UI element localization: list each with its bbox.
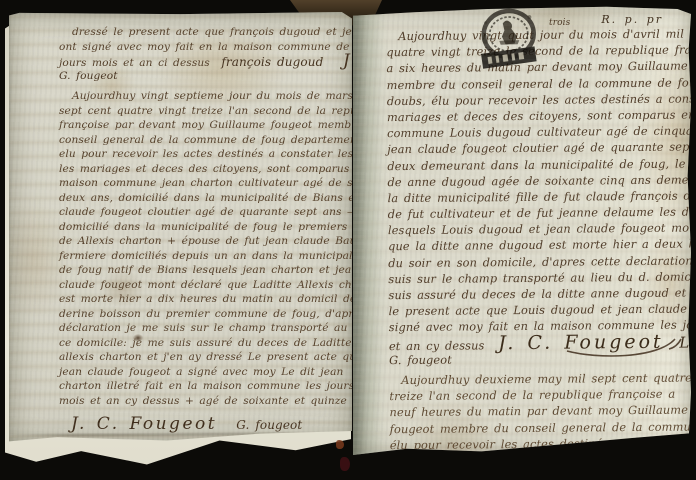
manuscript-line: allexis charton et j'en ay dressé Le pre… — [59, 350, 352, 365]
manuscript-line: déclaration je me suis sur le champ tran… — [59, 321, 352, 336]
manuscript-line: charton illetré fait en la maison commun… — [59, 379, 352, 394]
manuscript-line: jean claude fougeot a signé avec moy Le … — [59, 365, 352, 380]
next-act-opening: Aujourdhuy deuxieme may mil sept cent qu… — [354, 369, 691, 453]
manuscript-lines: Aujourdhuy deuxieme may mil sept cent qu… — [354, 369, 691, 453]
manuscript-lines: dressé le present acte que françois dugo… — [9, 25, 352, 54]
right-page-text: Aujourdhuy vingt quat jour du mois d'avr… — [353, 26, 691, 454]
manuscript-line: françoise par devant moy Guillaume fouge… — [59, 118, 352, 133]
signature-jc-fougeot: J. C. Fougeot — [71, 414, 217, 434]
previous-act-ending: dressé le present acte que françois dugo… — [9, 25, 352, 83]
manuscript-line: claude fougeot cloutier agé de quarante … — [59, 205, 352, 220]
manuscript-line: mois et an cy dessus + agé de soixante e… — [59, 394, 352, 409]
signature-g-fougeot: G. fougeot — [59, 69, 352, 84]
manuscript-line: de Allexis charton + épouse de fut jean … — [59, 234, 352, 249]
left-page: dressé le present acte que françois dugo… — [9, 12, 352, 444]
manuscript-line: jean claude fougeot cloutier agé de quar… — [387, 139, 690, 158]
date-line-text: jours mois et an ci dessus — [59, 57, 210, 69]
manuscript-line: deux ans, domicilié dans la municipalité… — [59, 191, 352, 206]
left-page-text: dressé le present acte que françois dugo… — [9, 25, 352, 436]
binding-mark — [340, 457, 350, 471]
manuscript-line: de foug natif de Bians lesquels jean cha… — [59, 263, 352, 278]
scan-background: dressé le present acte que françois dugo… — [0, 0, 696, 480]
manuscript-line: élu pour recevoir les actes destinés a c… — [390, 434, 691, 453]
manuscript-line: fermiere domiciliés depuis un an dans la… — [59, 249, 352, 264]
page-reference-annotation: R. p. pr — [601, 13, 663, 26]
death-act-dugoud: Aujourdhuy vingt quat jour du mois d'avr… — [353, 26, 691, 369]
signature-g-fougeot: G. fougeot — [236, 418, 302, 432]
manuscript-line: maison commune jean charton cultivateur … — [59, 176, 352, 191]
manuscript-line: est morte hier a dix heures du matin au … — [59, 292, 352, 307]
closing-text: et an cy dessus — [389, 338, 485, 353]
manuscript-line: claude fougeot mont déclaré que Laditte … — [59, 278, 352, 293]
manuscript-line: ont signé avec moy fait en la maison com… — [59, 40, 352, 55]
death-act-charton: Aujourdhuy vingt septieme jour du mois d… — [9, 89, 352, 436]
signature-flourish — [565, 335, 683, 359]
date-signature-line: jours mois et an ci dessus françois dugo… — [59, 54, 352, 69]
signature-j-fougeot: J. Fouge — [343, 51, 352, 71]
manuscript-line: Aujourdhuy vingt septieme jour du mois d… — [59, 89, 352, 104]
manuscript-line: conseil general de la commune de foug de… — [59, 133, 352, 148]
right-page: R. p. pr trois Aujourdhuy vingt quat jou… — [353, 5, 691, 455]
manuscript-lines: Aujourdhuy vingt septieme jour du mois d… — [9, 89, 352, 408]
binding-mark — [336, 440, 344, 449]
manuscript-line: domicilié dans la municipalité de foug l… — [59, 220, 352, 235]
manuscript-line: derine boisson du premier commune de fou… — [59, 307, 352, 322]
signature-francois-dugoud: françois dugoud — [221, 55, 323, 69]
manuscript-line: les mariages et deces des citoyens, sont… — [59, 162, 352, 177]
fiscal-stamp-icon — [473, 7, 545, 73]
manuscript-line: elu pour recevoir les actes destinés a c… — [59, 147, 352, 162]
manuscript-line: sept cent quatre vingt treize l'an secon… — [59, 104, 352, 119]
manuscript-line: dressé le present acte que françois dugo… — [59, 25, 352, 40]
manuscript-line: ce domicile: je me suis assuré du deces … — [59, 336, 352, 351]
manuscript-line: neuf heures du matin par devant moy Guil… — [389, 402, 691, 421]
